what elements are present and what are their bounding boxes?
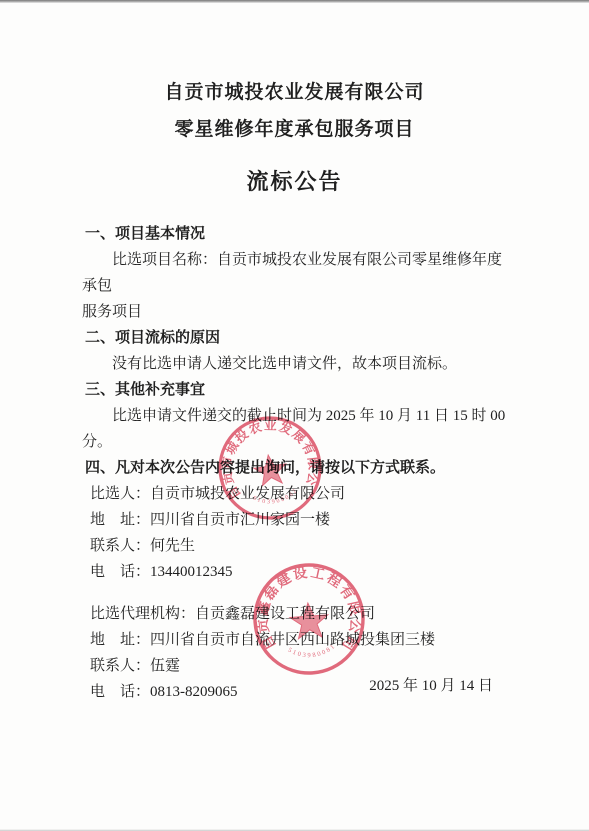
section-1-heading: 一、项目基本情况 — [82, 221, 506, 247]
colon: ： — [135, 564, 150, 580]
seal-star-icon — [289, 602, 329, 639]
document-date: 2025 年 10 月 14 日 — [369, 674, 493, 695]
scanned-document-page: 自贡市城投农业发展有限公司 零星维修年度承包服务项目 流标公告 一、项目基本情况… — [0, 0, 589, 831]
agency-contact-label: 联系人 — [90, 653, 135, 679]
agency-contact-value: 伍霆 — [150, 658, 180, 674]
colon: ： — [135, 684, 150, 700]
bidder-contact-label: 联系人 — [90, 533, 135, 559]
colon: ： — [135, 486, 150, 502]
notice-title: 流标公告 — [0, 165, 589, 196]
colon: ： — [135, 538, 150, 554]
section-1-line-2: 服务项目 — [82, 299, 506, 325]
section-2-body: 没有比选申请人递交比选申请文件，故本项目流标。 — [82, 351, 506, 377]
bidder-contact-value: 何先生 — [150, 538, 195, 554]
scan-artifact-top — [0, 0, 589, 3]
section-2-heading: 二、项目流标的原因 — [82, 325, 506, 351]
colon: ： — [135, 658, 150, 674]
document-title-block: 自贡市城投农业发展有限公司 零星维修年度承包服务项目 — [0, 74, 589, 148]
bidder-address-label: 地址 — [90, 507, 135, 533]
colon: ： — [135, 632, 150, 648]
colon: ： — [180, 606, 195, 622]
company-title-line: 自贡市城投农业发展有限公司 — [0, 74, 589, 111]
project-title-line: 零星维修年度承包服务项目 — [0, 111, 589, 148]
agency-address-label: 地址 — [90, 627, 135, 653]
bidder-contact-row: 联系人：何先生 — [90, 533, 506, 559]
seal-star-icon — [252, 453, 288, 487]
section-1-line-1: 比选项目名称：自贡市城投农业发展有限公司零星维修年度承包 — [82, 247, 506, 299]
agency-name-label: 比选代理机构 — [90, 601, 180, 627]
agency-phone-value: 0813-8209065 — [150, 684, 238, 700]
bidder-phone-value: 13440012345 — [150, 564, 233, 580]
bidder-name-label: 比选人 — [90, 481, 135, 507]
bidder-phone-label: 电话 — [90, 559, 135, 585]
colon: ： — [135, 512, 150, 528]
agency-phone-label: 电话 — [90, 679, 135, 705]
bidder-company-seal-icon: 自贡市城投农业发展有限公司 6103900082848 — [205, 402, 334, 535]
agency-company-seal-icon: 自贡鑫磊建设工程有限公司 5103980081938 — [244, 552, 374, 686]
section-3-heading: 三、其他补充事宜 — [82, 377, 506, 403]
